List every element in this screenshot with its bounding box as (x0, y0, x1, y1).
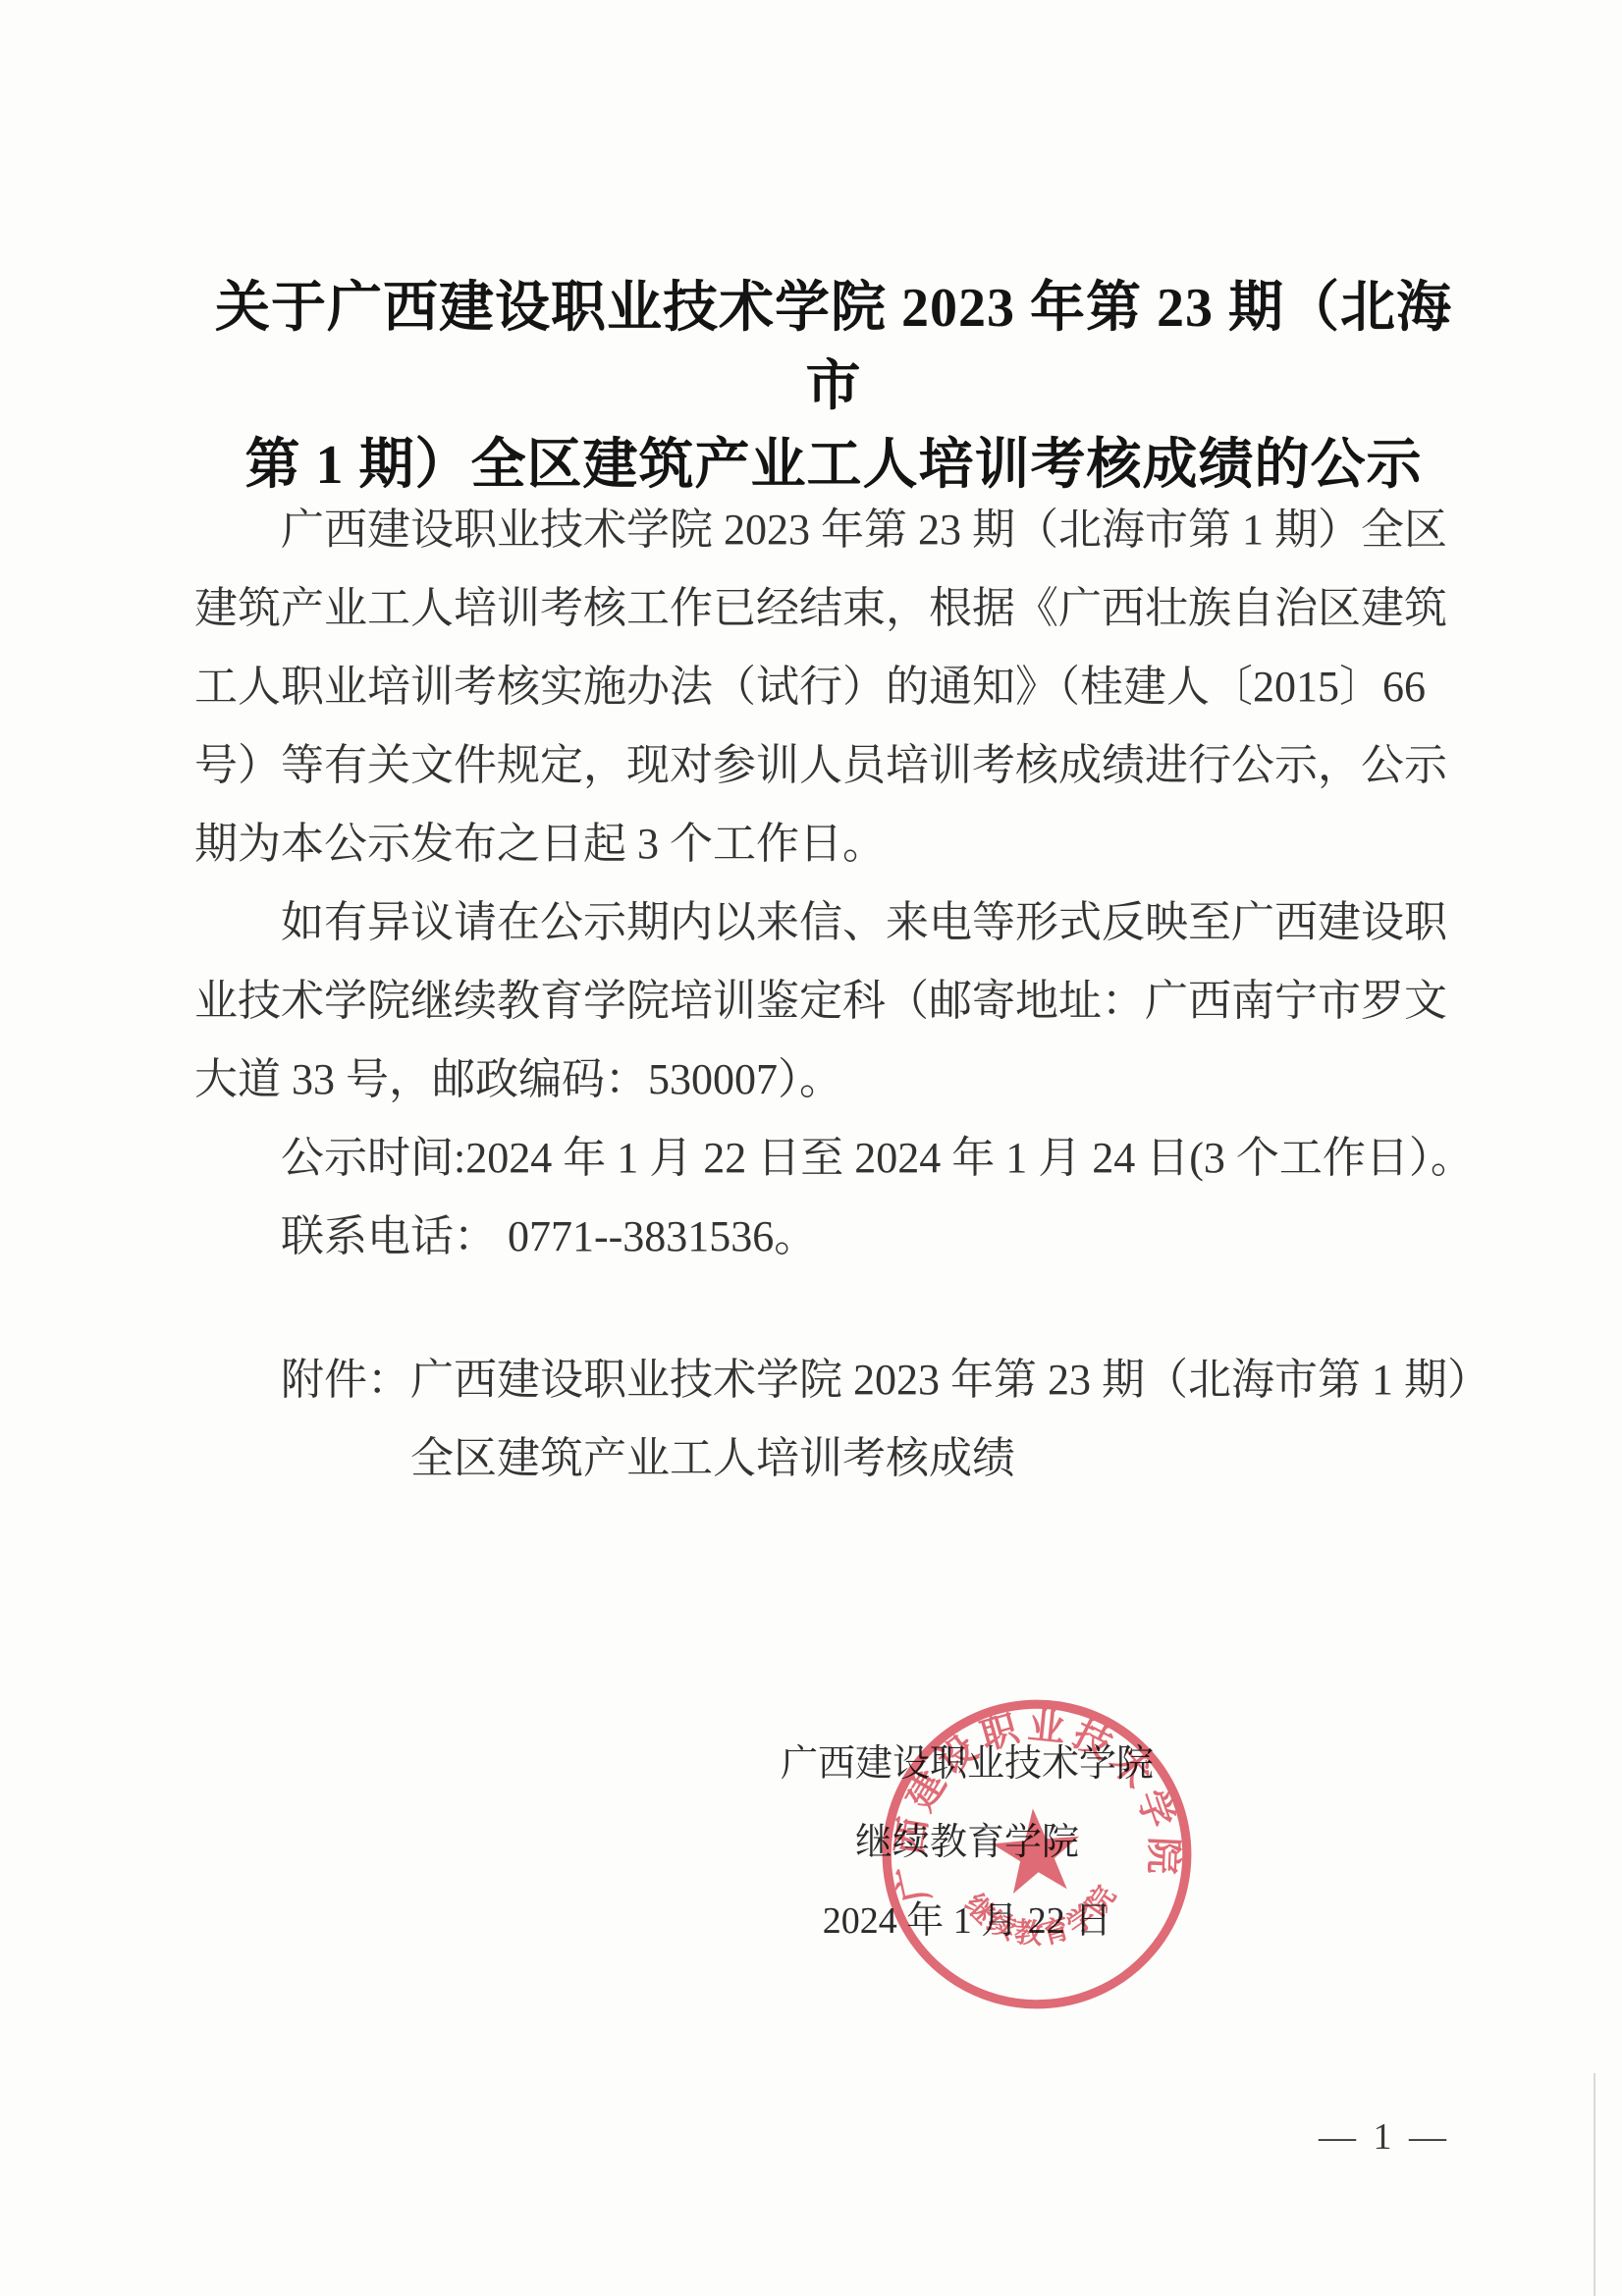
title-line-1: 关于广西建设职业技术学院 2023 年第 23 期（北海市 (194, 269, 1473, 426)
paragraph-1-line-5: 期为本公示发布之日起 3 个工作日。 (194, 805, 1473, 883)
paragraph-1-line-4: 号）等有关文件规定，现对参训人员培训考核成绩进行公示，公示 (194, 726, 1473, 805)
seal-bottom-text: 继续教育学院 (956, 1876, 1128, 1958)
scan-artifact-line (1594, 2073, 1595, 2296)
paragraph-1-line-3: 工人职业培训考核实施办法（试行）的通知》（桂建人〔2015〕66 (194, 648, 1473, 726)
attachment-line-1: 附件：广西建设职业技术学院 2023 年第 23 期（北海市第 1 期） (194, 1341, 1473, 1419)
seal-star-icon (990, 1804, 1084, 1895)
paragraph-1-line-1: 广西建设职业技术学院 2023 年第 23 期（北海市第 1 期）全区 (194, 491, 1473, 569)
paragraph-2-line-1: 如有异议请在公示期内以来信、来电等形式反映至广西建设职 (194, 883, 1473, 962)
document-title: 关于广西建设职业技术学院 2023 年第 23 期（北海市 第 1 期）全区建筑… (194, 269, 1473, 505)
document-body: 广西建设职业技术学院 2023 年第 23 期（北海市第 1 期）全区 建筑产业… (194, 491, 1473, 1498)
document-page: 关于广西建设职业技术学院 2023 年第 23 期（北海市 第 1 期）全区建筑… (0, 0, 1622, 2296)
paragraph-1-line-2: 建筑产业工人培训考核工作已经结束，根据《广西壮族自治区建筑 (194, 569, 1473, 648)
official-seal: 广西建设职业技术学院 继续教育学院 (863, 1681, 1210, 2027)
page-number: — 1 — (1227, 2115, 1541, 2159)
notice-time-line: 公示时间:2024 年 1 月 22 日至 2024 年 1 月 24 日(3 … (194, 1119, 1473, 1198)
contact-phone-line: 联系电话： 0771--3831536。 (194, 1198, 1473, 1276)
paragraph-2-line-3: 大道 33 号，邮政编码：530007）。 (194, 1041, 1473, 1119)
paragraph-2-line-2: 业技术学院继续教育学院培训鉴定科（邮寄地址：广西南宁市罗文 (194, 962, 1473, 1041)
attachment-line-2: 全区建筑产业工人培训考核成绩 (194, 1419, 1473, 1498)
